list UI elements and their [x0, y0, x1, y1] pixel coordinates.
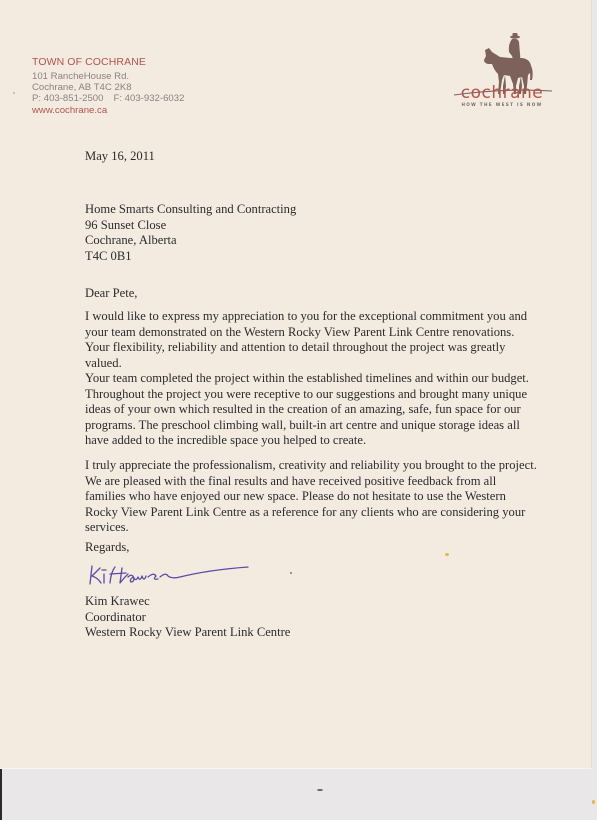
paragraph-line: Your flexibility, reliability and attent… [85, 340, 515, 356]
paragraph-line: programs. The preschool climbing wall, b… [85, 418, 515, 434]
phone-number: P: 403-851-2500 [32, 93, 103, 104]
paragraph-line: ideas of your own which resulted in the … [85, 402, 515, 418]
logo-wordmark: cochrane [452, 84, 552, 102]
address-line-1: 101 RancheHouse Rd. [32, 71, 184, 82]
scan-speck [317, 789, 323, 791]
recipient-city: Cochrane, Alberta [85, 233, 296, 249]
paragraph-line: families who have enjoyed our new space.… [85, 489, 515, 505]
organization-name: TOWN OF COCHRANE [32, 56, 184, 69]
paragraph-line: your team demonstrated on the Western Ro… [85, 325, 515, 341]
paragraph-line: have added to the incredible space you h… [85, 433, 515, 449]
scan-speck [445, 553, 449, 556]
signer-block: Kim Krawec Coordinator Western Rocky Vie… [85, 594, 290, 641]
paragraph-line: services. [85, 520, 515, 536]
scan-speck [290, 572, 292, 574]
paragraph-line: Your team completed the project within t… [85, 371, 515, 387]
signer-name: Kim Krawec [85, 594, 290, 610]
handwritten-signature-icon [88, 558, 258, 588]
closing: Regards, [85, 540, 129, 556]
paragraph-line: We are pleased with the final results an… [85, 474, 515, 490]
body-paragraph-3: I truly appreciate the professionalism, … [85, 458, 515, 536]
recipient-company: Home Smarts Consulting and Contracting [85, 202, 296, 218]
phone-fax-line: P: 403-851-2500F: 403-932-6032 [32, 93, 184, 104]
recipient-address: Home Smarts Consulting and Contracting 9… [85, 202, 296, 264]
paragraph-line: I truly appreciate the professionalism, … [85, 458, 515, 474]
recipient-street: 96 Sunset Close [85, 218, 296, 234]
paragraph-line: valued. [85, 356, 515, 372]
logo-tagline: HOW THE WEST IS NOW [452, 102, 552, 107]
body-paragraph-1: I would like to express my appreciation … [85, 309, 515, 371]
body-paragraph-2: Your team completed the project within t… [85, 371, 515, 449]
paragraph-line: Rocky View Parent Link Centre as a refer… [85, 505, 515, 521]
recipient-postal-code: T4C 0B1 [85, 249, 296, 265]
website-link: www.cochrane.ca [32, 105, 184, 117]
scan-speck [592, 800, 595, 804]
signer-title: Coordinator [85, 610, 290, 626]
scan-speck [13, 92, 15, 94]
signer-organization: Western Rocky View Parent Link Centre [85, 625, 290, 641]
address-line-2: Cochrane, AB T4C 2K8 [32, 82, 184, 93]
fax-number: F: 403-932-6032 [113, 93, 184, 104]
paragraph-line: I would like to express my appreciation … [85, 309, 515, 325]
scan-edge [0, 769, 2, 820]
letter-date: May 16, 2011 [85, 149, 155, 165]
paragraph-line: Throughout the project you were receptiv… [85, 387, 515, 403]
salutation: Dear Pete, [85, 286, 137, 302]
letterhead-contact: TOWN OF COCHRANE 101 RancheHouse Rd. Coc… [32, 56, 184, 117]
